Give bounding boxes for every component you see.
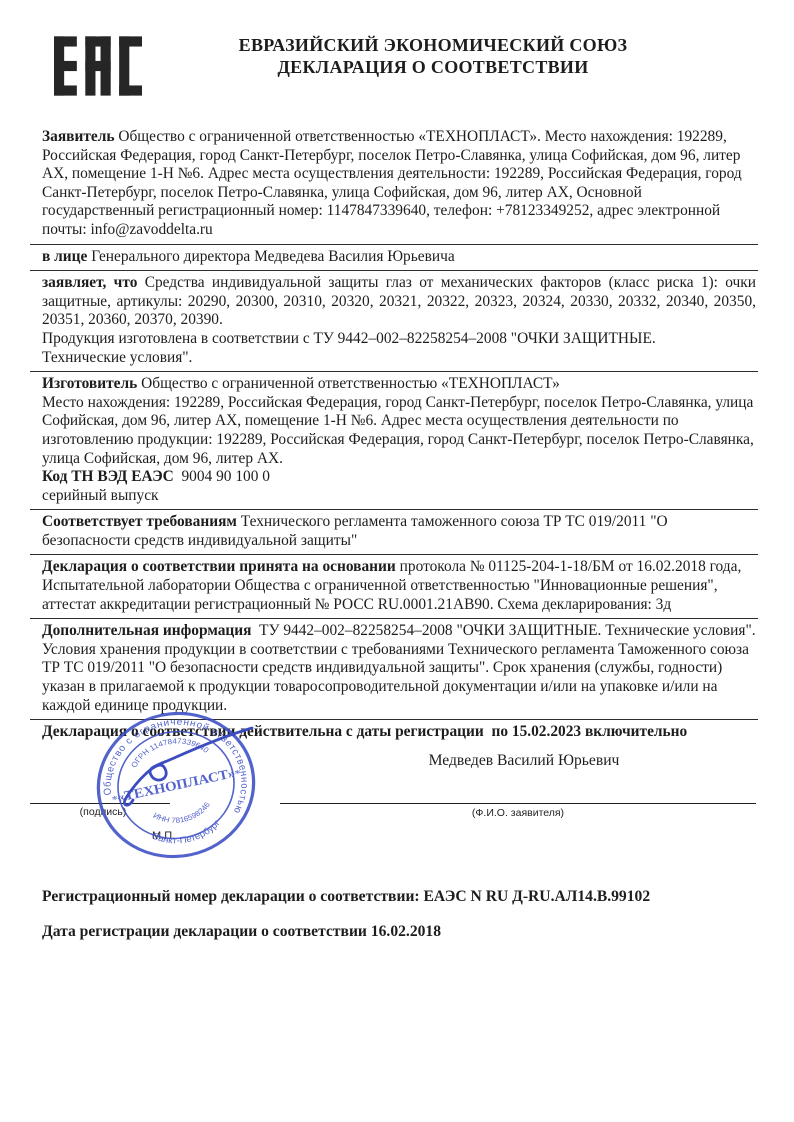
applicant-fullname: Медведев Василий Юрьевич	[290, 752, 758, 770]
manufacturer-label: Изготовитель	[42, 375, 137, 392]
tnved-code-value: 9004 90 100 0	[181, 468, 270, 485]
title-union: ЕВРАЗИЙСКИЙ ЭКОНОМИЧЕСКИЙ СОЮЗ	[150, 34, 716, 56]
registration-date-label: Дата регистрации декларации о соответств…	[42, 923, 367, 940]
eac-mark-icon	[54, 29, 142, 103]
title-doc-type: ДЕКЛАРАЦИЯ О СООТВЕТСТВИИ	[150, 56, 716, 78]
stamp-place-label: М.П.	[152, 830, 175, 842]
serial-issue-line: серийный выпуск	[42, 487, 756, 506]
fullname-caption: (Ф.И.О. заявителя)	[280, 807, 756, 819]
document-body: Заявитель Общество с ограниченной ответс…	[30, 125, 758, 746]
signature-caption: (подпись)	[48, 806, 158, 818]
applicant-text: Общество с ограниченной ответственностью…	[42, 128, 742, 238]
representative-section: в лице Генерального директора Медведева …	[30, 245, 758, 272]
tnved-code-line: Код ТН ВЭД ЕАЭС 9004 90 100 0	[42, 468, 756, 487]
validity-text: Декларация о соответствии действительна …	[42, 723, 756, 742]
declares-paragraph: заявляет, что Средства индивидуальной за…	[42, 274, 756, 330]
conforms-paragraph: Соответствует требованиям Технического р…	[42, 513, 756, 550]
applicant-label: Заявитель	[42, 128, 115, 145]
validity-section: Декларация о соответствии действительна …	[30, 720, 758, 746]
declaration-basis-section: Декларация о соответствии принята на осн…	[30, 555, 758, 619]
conforms-label: Соответствует требованиям	[42, 513, 237, 530]
basis-label: Декларация о соответствии принята на осн…	[42, 558, 396, 575]
registration-number-value: ЕАЭС N RU Д-RU.АЛ14.В.99102	[424, 888, 651, 905]
declaration-subject-section: заявляет, что Средства индивидуальной за…	[30, 271, 758, 372]
stamp-star-left: *	[111, 793, 120, 806]
registration-footer: Регистрационный номер декларации о соотв…	[42, 888, 758, 941]
registration-number-label: Регистрационный номер декларации о соотв…	[42, 888, 420, 905]
declares-text: Средства индивидуальной защиты глаз от м…	[42, 274, 756, 328]
basis-paragraph: Декларация о соответствии принята на осн…	[42, 558, 756, 614]
document-header: ЕВРАЗИЙСКИЙ ЭКОНОМИЧЕСКИЙ СОЮЗ ДЕКЛАРАЦИ…	[0, 0, 794, 108]
additional-label: Дополнительная информация	[42, 622, 251, 639]
signature-line	[30, 803, 170, 804]
representative-label: в лице	[42, 248, 87, 265]
conformity-requirements-section: Соответствует требованиям Технического р…	[30, 510, 758, 555]
representative-paragraph: в лице Генерального директора Медведева …	[42, 248, 756, 267]
fullname-line	[280, 803, 756, 804]
eac-logo	[54, 27, 150, 108]
stamp-star-right: *	[234, 767, 243, 780]
registration-number-line: Регистрационный номер декларации о соотв…	[42, 888, 758, 906]
applicant-paragraph: Заявитель Общество с ограниченной ответс…	[42, 128, 756, 240]
signature-zone: (подпись) М.П. Медведев Василий Юрьевич …	[30, 746, 758, 862]
manufacturer-section: Изготовитель Общество с ограниченной отв…	[30, 372, 758, 510]
declares-tu-line: Продукция изготовлена в соответствии с Т…	[42, 330, 756, 349]
stamp-company-name: «ТЕХНОПЛАСТ»	[116, 765, 237, 805]
manufacturer-address: Место нахождения: 192289, Российская Фед…	[42, 394, 756, 468]
declares-label: заявляет, что	[42, 274, 137, 291]
additional-paragraph: Дополнительная информация ТУ 9442–002–82…	[42, 622, 756, 715]
manufacturer-name-line: Изготовитель Общество с ограниченной отв…	[42, 375, 756, 394]
additional-info-section: Дополнительная информация ТУ 9442–002–82…	[30, 619, 758, 720]
applicant-section: Заявитель Общество с ограниченной ответс…	[30, 125, 758, 245]
tnved-code-label: Код ТН ВЭД ЕАЭС	[42, 468, 174, 485]
representative-text: Генерального директора Медведева Василия…	[91, 248, 454, 265]
registration-date-line: Дата регистрации декларации о соответств…	[42, 923, 758, 941]
declaration-document-page: ЕВРАЗИЙСКИЙ ЭКОНОМИЧЕСКИЙ СОЮЗ ДЕКЛАРАЦИ…	[0, 0, 794, 1122]
document-title: ЕВРАЗИЙСКИЙ ЭКОНОМИЧЕСКИЙ СОЮЗ ДЕКЛАРАЦИ…	[150, 27, 756, 78]
registration-date-value: 16.02.2018	[371, 923, 441, 940]
declares-tu-line2: Технические условия".	[42, 349, 756, 368]
manufacturer-name: Общество с ограниченной ответственностью…	[141, 375, 560, 392]
